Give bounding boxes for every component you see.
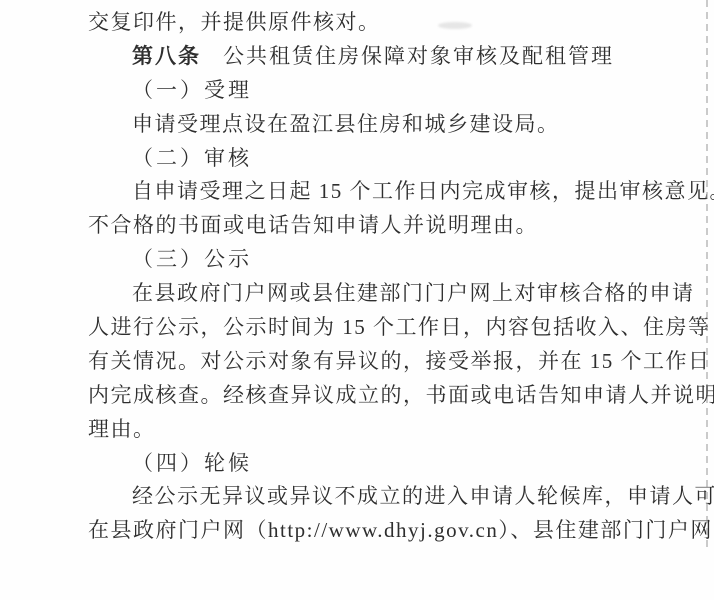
section-subheading-line: （四）轮候 xyxy=(88,447,654,481)
article-heading-line: 第八条公共租赁住房保障对象审核及配租管理 xyxy=(88,40,654,74)
text-line: 在县政府门户网或县住建部门门户网上对审核合格的申请 xyxy=(88,277,654,311)
text-line: 交复印件，并提供原件核对。 xyxy=(88,6,654,40)
text-line: 经公示无异议或异议不成立的进入申请人轮候库，申请人可 xyxy=(88,480,654,514)
text-line: 有关情况。对公示对象有异议的，接受举报，并在 15 个工作日 xyxy=(88,345,654,379)
text-line: 人进行公示，公示时间为 15 个工作日，内容包括收入、住房等 xyxy=(88,311,654,345)
document-page: 交复印件，并提供原件核对。第八条公共租赁住房保障对象审核及配租管理（一）受理申请… xyxy=(0,0,714,600)
scan-edge-line-artifact xyxy=(706,0,708,552)
article-title: 公共租赁住房保障对象审核及配租管理 xyxy=(223,44,614,68)
text-line: 内完成核查。经核查异议成立的，书面或电话告知申请人并说明 xyxy=(88,379,654,413)
section-subheading-line: （三）公示 xyxy=(88,243,654,277)
text-line: 自申请受理之日起 15 个工作日内完成审核，提出审核意见。 xyxy=(88,175,654,209)
text-line: 申请受理点设在盈江县住房和城乡建设局。 xyxy=(88,108,654,142)
text-line: 在县政府门户网（http://www.dhyj.gov.cn）、县住建部门门户网 xyxy=(88,514,654,548)
section-subheading-line: （二）审核 xyxy=(88,142,654,176)
text-line: 理由。 xyxy=(88,413,654,447)
scan-smudge-artifact xyxy=(438,22,472,29)
text-line: 不合格的书面或电话告知申请人并说明理由。 xyxy=(88,209,654,243)
section-subheading-line: （一）受理 xyxy=(88,74,654,108)
article-number: 第八条 xyxy=(132,45,201,68)
document-text-block: 交复印件，并提供原件核对。第八条公共租赁住房保障对象审核及配租管理（一）受理申请… xyxy=(88,6,654,548)
